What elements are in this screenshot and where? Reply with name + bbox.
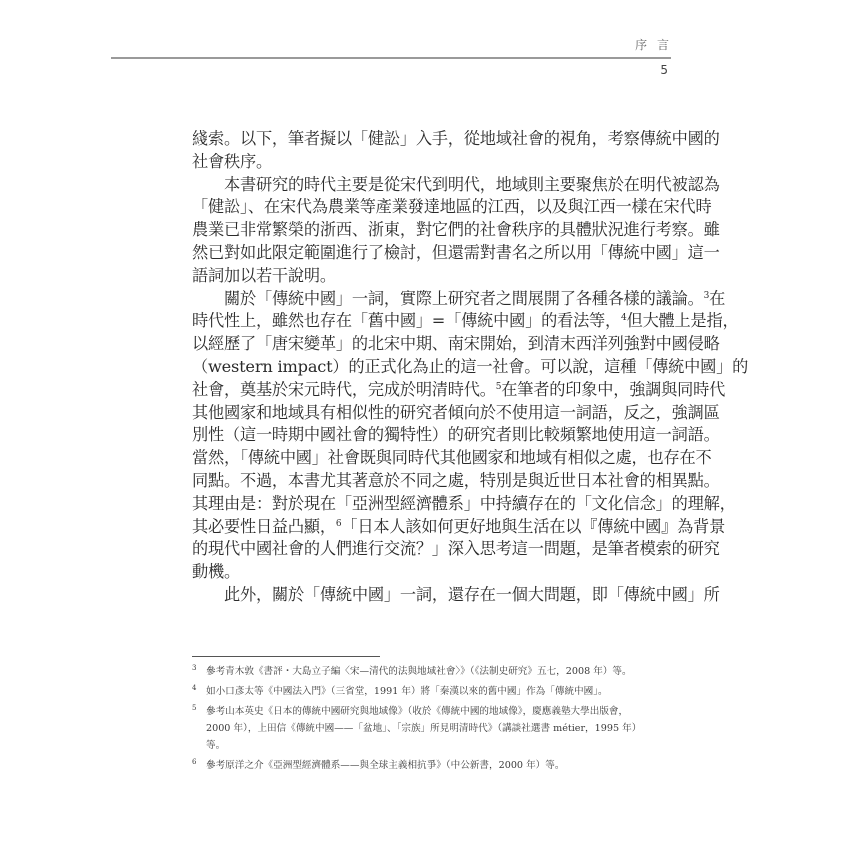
footnotes: 3參考青木敦《書評・大島立子編〈宋—清代的法與地域社會〉》（《法制史研究》五七，… (192, 663, 658, 774)
body-line: 社會，奠基於宋元時代，完成於明清時代。5在筆者的印象中，強調與同時代 (192, 379, 658, 402)
line-text: 動機。 (192, 562, 240, 581)
line-text: 綫索。以下，筆者擬以「健訟」入手，從地域社會的視角，考察傳統中國的 (192, 129, 720, 148)
line-text: 「健訟」、在宋代為農業等產業發達地區的江西，以及與江西一樣在宋代時 (192, 197, 712, 216)
body-text: 綫索。以下，筆者擬以「健訟」入手，從地域社會的視角，考察傳統中國的社會秩序。本書… (192, 128, 658, 607)
line-text: 關於「傳統中國」一詞，實際上研究者之間展開了各種各樣的議論。 (224, 289, 704, 308)
body-line: 農業已非常繁榮的浙西、浙東，對它們的社會秩序的具體狀況進行考察。雖 (192, 219, 658, 242)
line-text: 其理由是：對於現在「亞洲型經濟體系」中持續存在的「文化信念」的理解， (192, 494, 736, 513)
line-text: 別性（這一時期中國社會的獨特性）的研究者則比較頻繁地使用這一詞語。 (192, 425, 720, 444)
footnote-text: 參考山本英史《日本的傳統中國研究與地域像》（收於《傳統中國的地域像》，慶應義塾大… (206, 703, 658, 720)
body-line: 別性（這一時期中國社會的獨特性）的研究者則比較頻繁地使用這一詞語。 (192, 424, 658, 447)
footnote-text: 2000 年），上田信《傳統中國——「盆地」、「宗族」所見明清時代》（講談社選書… (206, 720, 658, 737)
line-text: 同點。不過，本書尤其著意於不同之處，特別是與近世日本社會的相異點。 (192, 471, 720, 490)
body-line: 動機。 (192, 561, 658, 584)
page-number: 5 (620, 63, 668, 77)
footnote-text: 如小口彥太等《中國法入門》（三省堂，1991 年）將「秦漢以來的舊中國」作為「傳… (206, 683, 658, 700)
line-text: 然已對如此限定範圍進行了檢討，但還需對書名之所以用「傳統中國」這一 (192, 243, 720, 262)
footnote-5: 5參考山本英史《日本的傳統中國研究與地域像》（收於《傳統中國的地域像》，慶應義塾… (192, 703, 658, 754)
body-line: 的現代中國社會的人們進行交流？」深入思考這一問題，是筆者模索的研究 (192, 538, 658, 561)
footnote-mark: 6 (192, 754, 196, 771)
line-text: 的現代中國社會的人們進行交流？」深入思考這一問題，是筆者模索的研究 (192, 539, 720, 558)
line-text-after-ref: 「日本人該如何更好地與生活在以『傳統中國』為背景 (341, 517, 725, 536)
footnote-rule (192, 656, 380, 657)
body-line: 「健訟」、在宋代為農業等產業發達地區的江西，以及與江西一樣在宋代時 (192, 196, 658, 219)
footnote-mark: 3 (192, 660, 196, 677)
line-text: 當然，「傳統中國」社會既與同時代其他國家和地域有相似之處，也存在不 (192, 448, 712, 467)
footnote-4: 4如小口彥太等《中國法入門》（三省堂，1991 年）將「秦漢以來的舊中國」作為「… (192, 683, 658, 700)
body-line: 語詞加以若干說明。 (192, 265, 658, 288)
body-line: 綫索。以下，筆者擬以「健訟」入手，從地域社會的視角，考察傳統中國的 (192, 128, 658, 151)
line-text-after-ref: 在筆者的印象中，強調與同時代 (501, 380, 725, 399)
header-rule (111, 57, 671, 59)
line-text: 語詞加以若干說明。 (192, 266, 336, 285)
body-line: 此外，關於「傳統中國」一詞，還存在一個大問題，即「傳統中國」所 (192, 584, 658, 607)
line-text-after-ref: 但大體上是指， (627, 311, 739, 330)
line-text: 社會秩序。 (192, 152, 272, 171)
line-text: 其必要性日益凸顯， (192, 517, 336, 536)
running-head: 序 言 (560, 36, 672, 53)
body-line: 然已對如此限定範圍進行了檢討，但還需對書名之所以用「傳統中國」這一 (192, 242, 658, 265)
footnote-text: 等。 (206, 737, 658, 754)
footnote-mark: 5 (192, 700, 196, 717)
line-text: （western impact）的正式化為止的這一社會。可以說，這種「傳統中國」… (192, 357, 748, 376)
body-line: （western impact）的正式化為止的這一社會。可以說，這種「傳統中國」… (192, 356, 658, 379)
line-text: 其他國家和地域具有相似性的研究者傾向於不使用這一詞語，反之，強調區 (192, 403, 720, 422)
line-text: 本書研究的時代主要是從宋代到明代，地域則主要聚焦於在明代被認為 (224, 175, 720, 194)
line-text: 以經歷了「唐宋變革」的北宋中期、南宋開始，到清末西洋列強對中國侵略 (192, 334, 720, 353)
line-text-after-ref: 在 (709, 289, 725, 308)
body-line: 其他國家和地域具有相似性的研究者傾向於不使用這一詞語，反之，強調區 (192, 402, 658, 425)
body-line: 時代性上，雖然也存在「舊中國」=「傳統中國」的看法等，4但大體上是指， (192, 310, 658, 333)
body-line: 社會秩序。 (192, 151, 658, 174)
body-line: 關於「傳統中國」一詞，實際上研究者之間展開了各種各樣的議論。3在 (192, 288, 658, 311)
line-text: 農業已非常繁榮的浙西、浙東，對它們的社會秩序的具體狀況進行考察。雖 (192, 220, 720, 239)
footnote-text: 參考青木敦《書評・大島立子編〈宋—清代的法與地域社會〉》（《法制史研究》五七，2… (206, 663, 658, 680)
footnote-mark: 4 (192, 680, 196, 697)
body-line: 同點。不過，本書尤其著意於不同之處，特別是與近世日本社會的相異點。 (192, 470, 658, 493)
footnote-3: 3參考青木敦《書評・大島立子編〈宋—清代的法與地域社會〉》（《法制史研究》五七，… (192, 663, 658, 680)
line-text: 時代性上，雖然也存在「舊中國」=「傳統中國」的看法等， (192, 311, 621, 330)
line-text: 此外，關於「傳統中國」一詞，還存在一個大問題，即「傳統中國」所 (224, 585, 720, 604)
body-line: 以經歷了「唐宋變革」的北宋中期、南宋開始，到清末西洋列強對中國侵略 (192, 333, 658, 356)
footnote-text: 參考原洋之介《亞洲型經濟體系——與全球主義相抗爭》（中公新書，2000 年）等。 (206, 757, 658, 774)
body-line: 當然，「傳統中國」社會既與同時代其他國家和地域有相似之處，也存在不 (192, 447, 658, 470)
line-text: 社會，奠基於宋元時代，完成於明清時代。 (192, 380, 496, 399)
body-line: 本書研究的時代主要是從宋代到明代，地域則主要聚焦於在明代被認為 (192, 174, 658, 197)
body-line: 其必要性日益凸顯，6「日本人該如何更好地與生活在以『傳統中國』為背景 (192, 516, 658, 539)
body-line: 其理由是：對於現在「亞洲型經濟體系」中持續存在的「文化信念」的理解， (192, 493, 658, 516)
footnote-6: 6參考原洋之介《亞洲型經濟體系——與全球主義相抗爭》（中公新書，2000 年）等… (192, 757, 658, 774)
